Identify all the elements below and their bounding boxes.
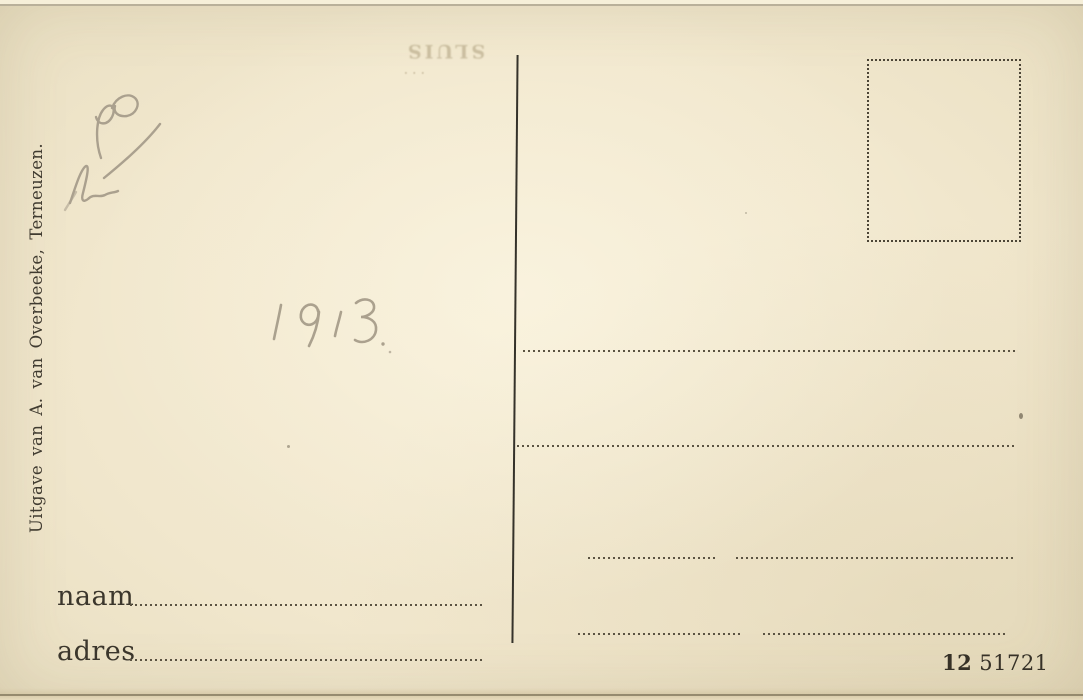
address-dotted-line-2 xyxy=(517,445,1015,447)
stamp-box xyxy=(867,59,1021,242)
postcard-back: SLUIS ... Uitgave van A. van Overbeeke, … xyxy=(0,0,1083,700)
paper-speck xyxy=(1019,413,1023,419)
address-dotted-line-3 xyxy=(588,557,718,559)
address-dotted-line-3b xyxy=(736,557,1013,559)
serial-prefix: 12 xyxy=(942,650,972,675)
card-bottom-line xyxy=(0,694,1083,696)
paper-speck xyxy=(745,212,747,214)
address-label: adres xyxy=(57,636,136,667)
name-label: naam xyxy=(57,581,134,612)
address-dotted-line-field xyxy=(130,659,485,661)
paper-speck xyxy=(287,445,290,448)
address-dotted-line-4 xyxy=(578,633,740,635)
serial-digits: 51721 xyxy=(979,651,1048,675)
address-dotted-line-1 xyxy=(523,350,1018,352)
address-dotted-line-4b xyxy=(763,633,1008,635)
name-dotted-line xyxy=(130,604,483,606)
serial-number: 1251721 xyxy=(942,650,1049,675)
